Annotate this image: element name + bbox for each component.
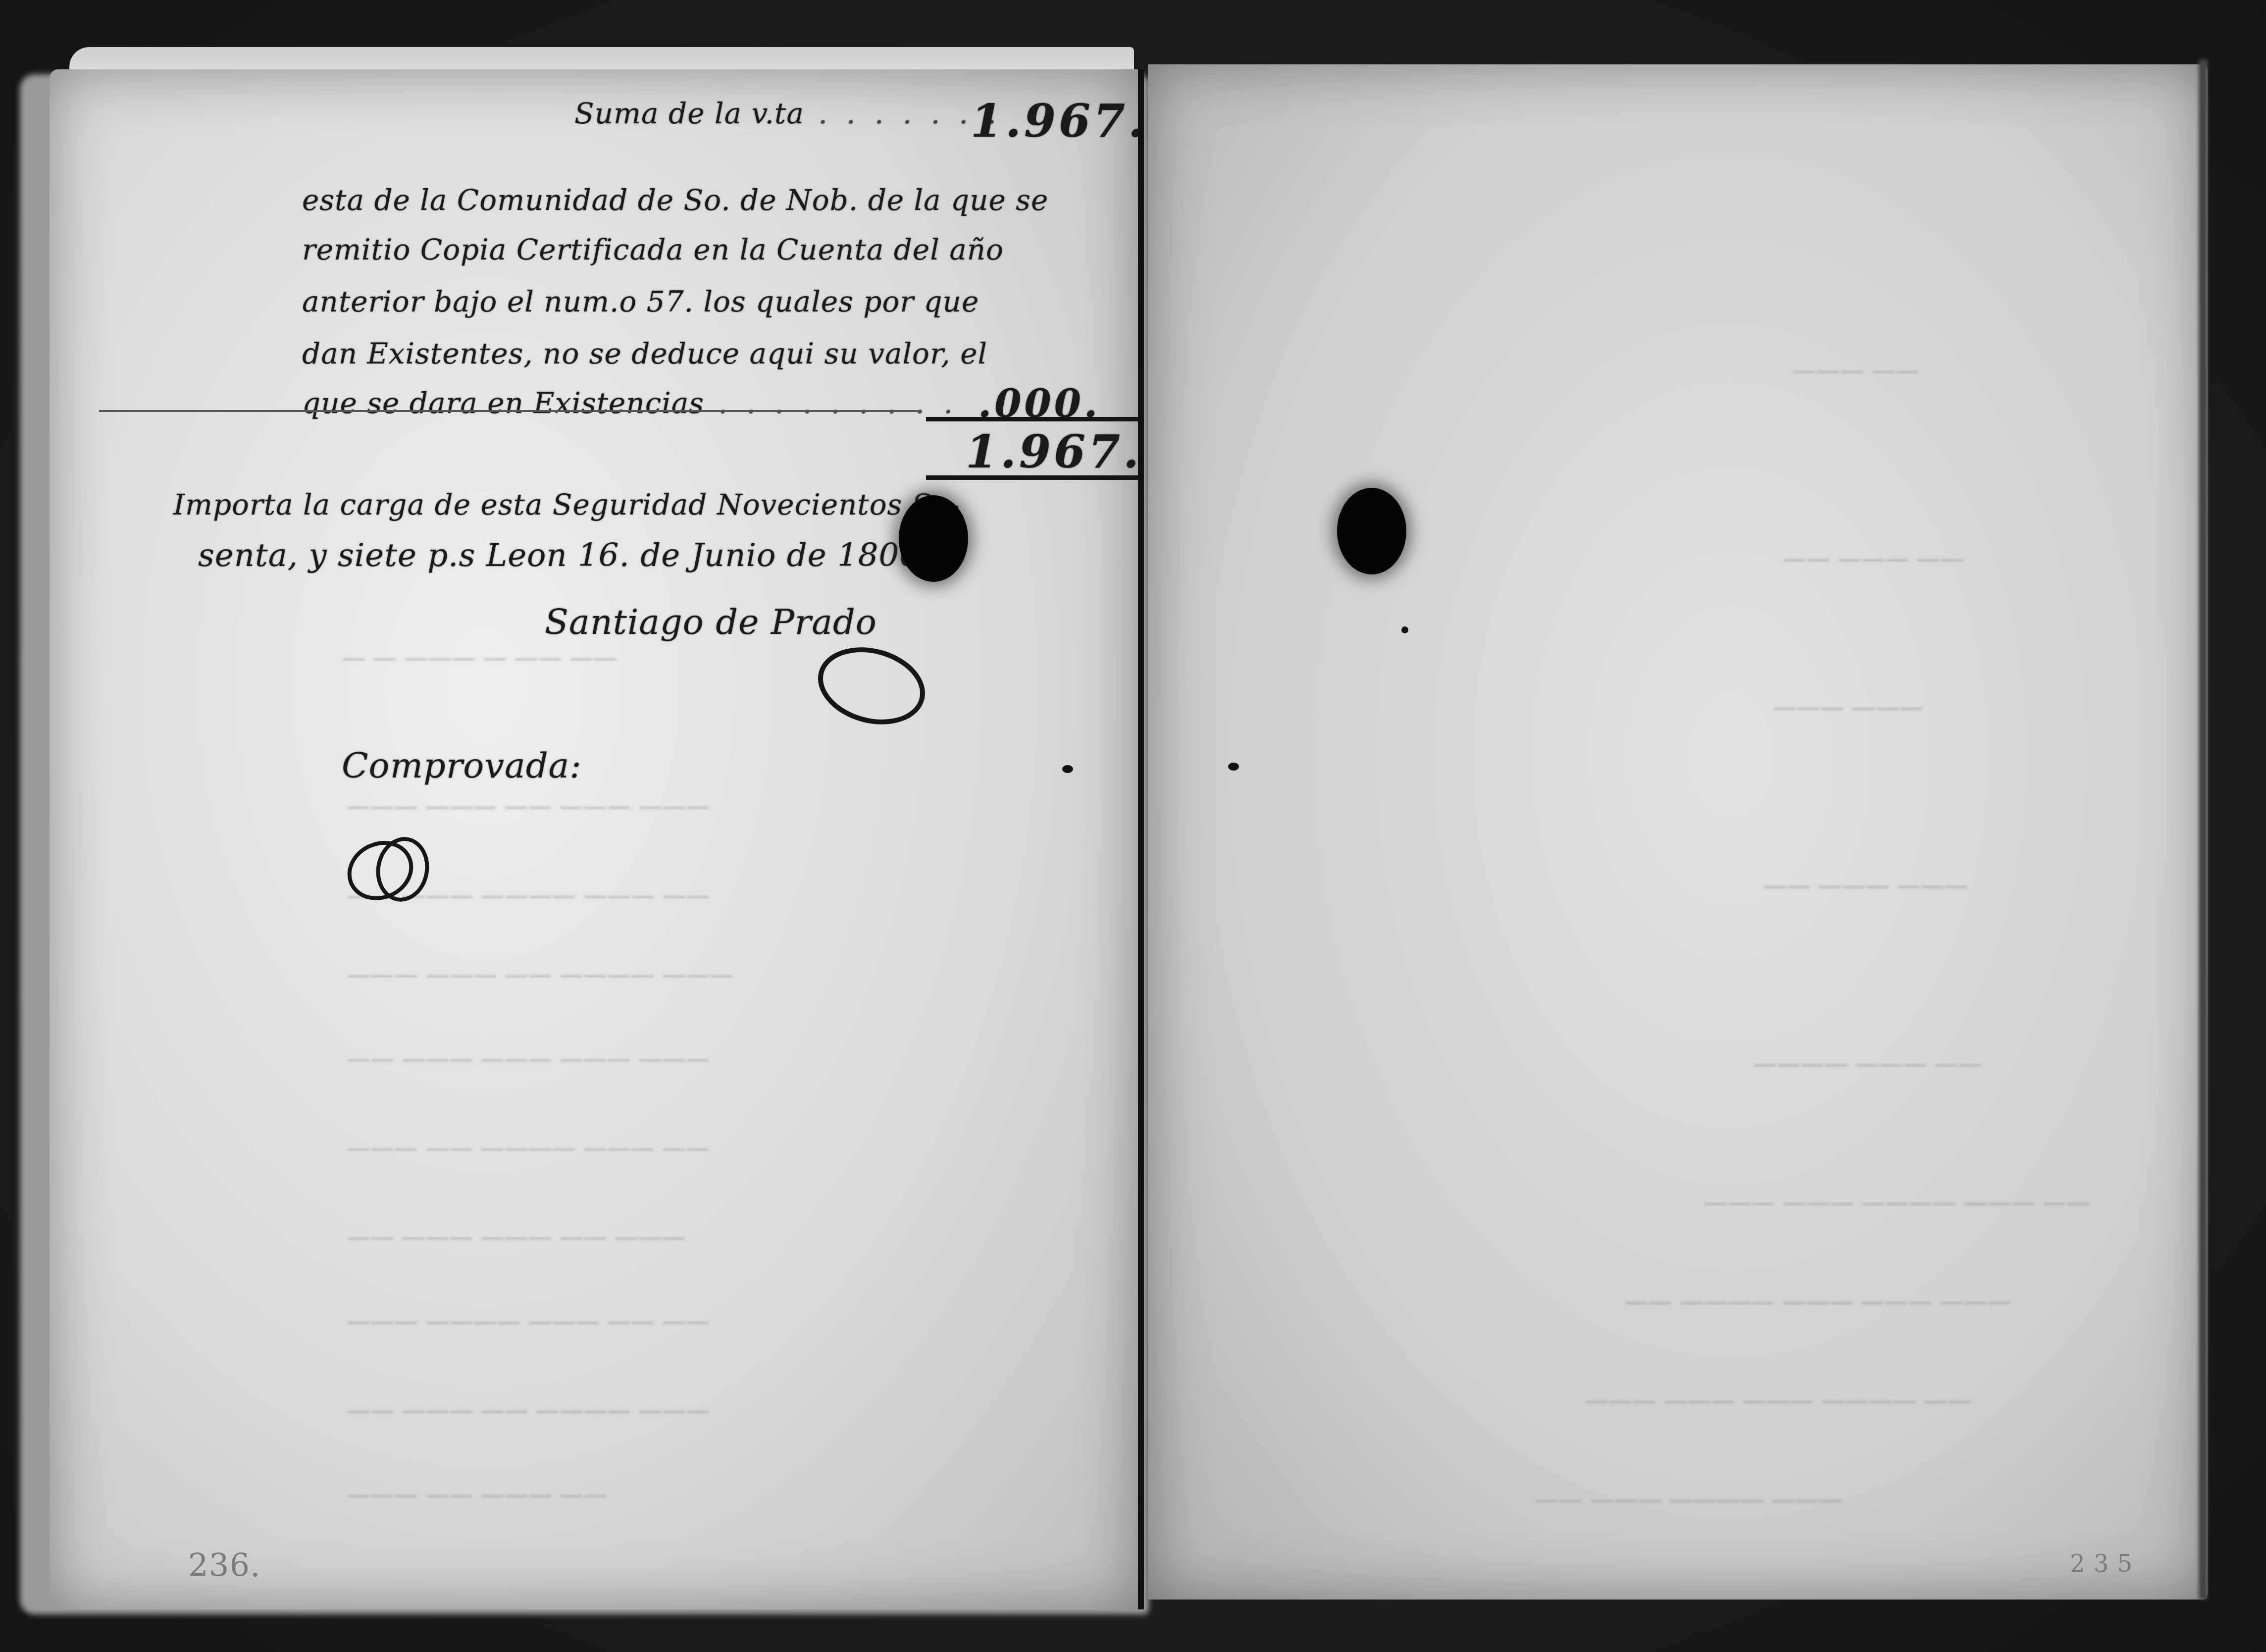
bleed-through-text: ——— ——— —— ———— ——— — [347, 961, 733, 988]
total-rule-top — [926, 417, 1138, 421]
bleed-through-text: —— ——— ——— ——— ——— — [347, 1045, 710, 1073]
ink-dot — [1401, 626, 1408, 633]
bleed-through-text: ——— —— — [1793, 357, 1919, 384]
body-line-4: dan Existentes, no se deduce aqui su val… — [302, 337, 987, 370]
folio-number-left: 236. — [188, 1548, 261, 1584]
bleed-through-text: ——— —— ——— —— — [347, 1481, 607, 1508]
body-line-1: esta de la Comunidad de So. de Nob. de l… — [302, 183, 1048, 217]
account-heading: Suma de la v.ta . . . . . . . — [574, 97, 1001, 130]
bleed-through-text: —— ——— ———— ——— — [1535, 1486, 1843, 1513]
bleed-through-text: —— ———— ——— ——— ——— — [1624, 1288, 2011, 1315]
body-line-5: que se dara en Existencias . . . . . . .… — [302, 386, 958, 420]
total-rule-bottom — [926, 475, 1138, 480]
bleed-through-text: —— ——— ——— —— ——— — [347, 1223, 686, 1251]
body-line-2: remitio Copia Certificada en la Cuenta d… — [302, 233, 1004, 266]
bleed-through-text: ——— —— ———— ——— —— — [347, 1134, 710, 1162]
right-page — [1148, 64, 2208, 1600]
bleed-through-text: ——— ——— ——— ———— —— — [1585, 1387, 1971, 1414]
bleed-through-text: —— ——— —— ———— ——— — [347, 1396, 710, 1424]
body-line-3: anterior bajo el num.o 57. los quales po… — [302, 285, 979, 318]
folio-number-right: 2 3 5 — [2070, 1550, 2133, 1578]
bleed-through-text: —— ——— —— — [1783, 545, 1964, 572]
book-spine-line — [1138, 69, 1144, 1609]
bleed-through-text: ——— ——— — [1773, 693, 1923, 721]
bleed-through-text: ——— ———— ——— —— —— — [347, 1307, 710, 1335]
signature-name: Santiago de Prado — [545, 602, 877, 642]
closing-line-1: Importa la carga de esta Seguridad Novec… — [173, 488, 960, 521]
binding-hole — [1337, 488, 1406, 574]
binding-hole — [899, 495, 968, 582]
bleed-through-text: ——— ——— —— ——— ——— — [347, 792, 710, 820]
right-page-edge — [2199, 59, 2208, 1600]
bleed-through-text: — — ——— — —— —— — [342, 644, 617, 671]
bleed-through-text: ———— ——— —— — [1753, 1050, 1982, 1078]
bleed-through-text: ——— ——— ———— ——— —— — [1703, 1188, 2090, 1216]
closing-line-2: senta, y siete p.s Leon 16. de Junio de … — [198, 537, 930, 574]
bleed-through-text: —— ——— ——— — [1763, 872, 1968, 899]
approval-label: Comprovada: — [342, 745, 582, 786]
ink-dot — [1228, 763, 1239, 771]
ink-dot — [1062, 765, 1073, 773]
amount-total: 1.967. — [966, 425, 1142, 478]
ruled-line — [99, 410, 921, 412]
amount-subtotal: 1.967. — [971, 94, 1147, 148]
